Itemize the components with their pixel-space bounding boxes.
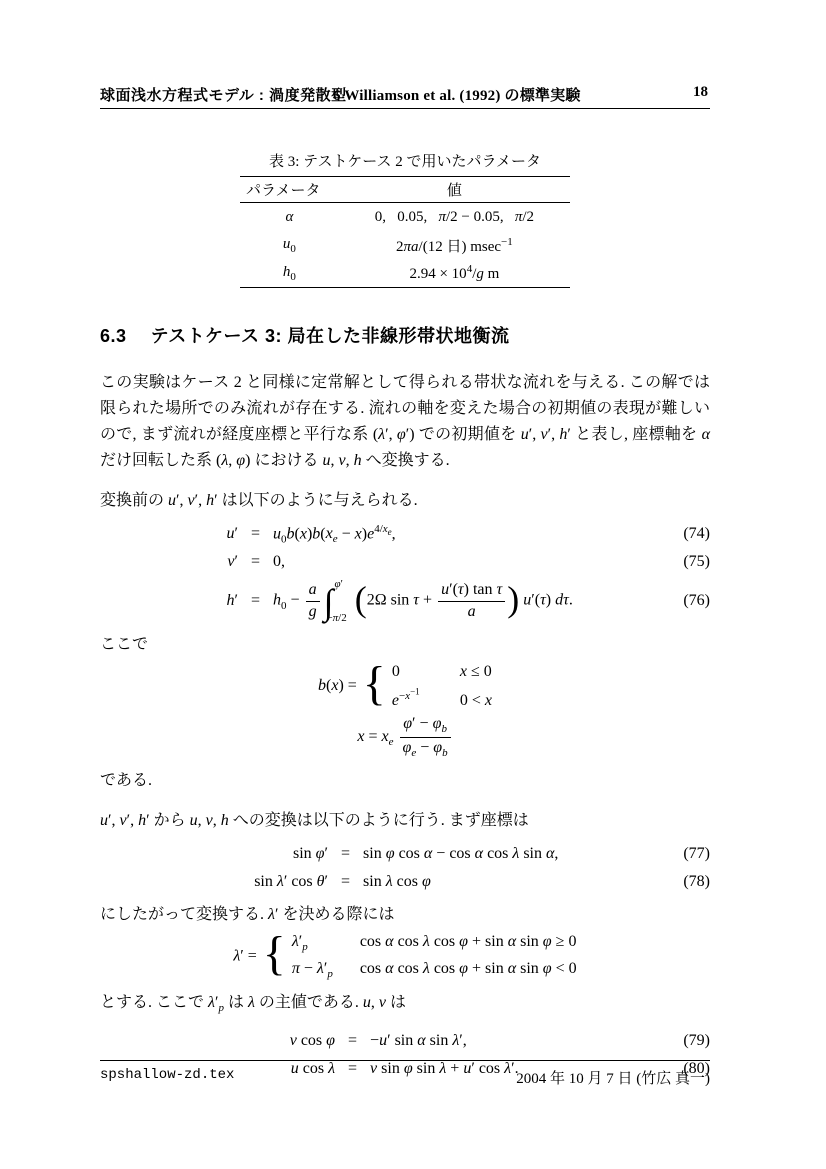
paragraph-kokode: ここで (100, 632, 710, 658)
column-header-value: 値 (339, 177, 570, 203)
eq77-rhs: sin φ cos α − cos α cos λ sin α, (363, 845, 558, 863)
eq77-lhs: sin φ′ (100, 845, 328, 863)
table-header-row: パラメータ 値 (240, 177, 570, 203)
eq78-lhs: sin λ′ cos θ′ (100, 873, 328, 891)
table-3-caption: 表 3: テストケース 2 で用いたパラメータ (240, 150, 570, 171)
page-content: 表 3: テストケース 2 で用いたパラメータ パラメータ 値 α 0, 0.0… (100, 150, 710, 1087)
eq75-equals: = (238, 553, 273, 571)
table-3: 表 3: テストケース 2 で用いたパラメータ パラメータ 値 α 0, 0.0… (240, 150, 570, 288)
page-number: 18 (693, 84, 708, 101)
footer-date-author: 2004 年 10 月 7 日 (竹広 真一) (516, 1067, 710, 1088)
formula-x-definition: x = xe φ′ − φbφe − φb (100, 715, 710, 760)
param-cell: α (240, 203, 339, 232)
running-head-section: 6 Williamson et al. (1992) の標準実験 (333, 84, 581, 105)
equation-78: sin λ′ cos θ′ = sin λ cos φ (78) (100, 870, 710, 894)
table-row-alpha: α 0, 0.05, π/2 − 0.05, π/2 (240, 203, 570, 232)
page-header: 球面浅水方程式モデル : 渦度発散型 6 Williamson et al. (… (100, 84, 710, 109)
section-number: 6.3 (100, 326, 127, 346)
equation-number-76: (76) (683, 592, 710, 610)
eq78-rhs: sin λ cos φ (363, 873, 431, 891)
equation-number-79: (79) (683, 1032, 710, 1050)
eq79-rhs: −u′ sin α sin λ′, (370, 1032, 467, 1050)
equation-group-77-78: sin φ′ = sin φ cos α − cos α cos λ sin α… (100, 842, 710, 894)
equation-number-75: (75) (683, 553, 710, 571)
eq74-rhs: u0b(x)b(xe − x)e4/xe, (273, 523, 396, 546)
eq74-equals: = (238, 525, 273, 543)
paragraph-before-lambda: にしたがって変換する. λ′ を決める際には (100, 902, 710, 928)
eq74-lhs: u′ (100, 525, 238, 543)
equation-77: sin φ′ = sin φ cos α − cos α cos λ sin α… (100, 842, 710, 866)
equation-group-74-76: u′ = u0b(x)b(xe − x)e4/xe, (74) v′ = 0, … (100, 522, 710, 624)
running-head-title: 球面浅水方程式モデル : 渦度発散型 (100, 84, 347, 105)
value-cell: 2πa/(12 日) msec−1 (339, 231, 570, 259)
eq76-lhs: h′ (100, 592, 238, 610)
paragraph-before-eq77: u′, v′, h′ から u, v, h への変換は以下のように行う. まず座… (100, 808, 710, 834)
equation-number-74: (74) (683, 525, 710, 543)
param-cell: u0 (240, 231, 339, 259)
equation-74: u′ = u0b(x)b(xe − x)e4/xe, (74) (100, 522, 710, 546)
table-row-u0: u0 2πa/(12 日) msec−1 (240, 231, 570, 259)
column-header-parameter: パラメータ (240, 177, 339, 203)
eq76-equals: = (238, 592, 273, 610)
table-3-grid: パラメータ 値 α 0, 0.05, π/2 − 0.05, π/2 u0 2π… (240, 176, 570, 288)
param-cell: h0 (240, 259, 339, 288)
equation-number-78: (78) (683, 873, 710, 891)
formula-lambda-cases: λ′ = {λ′pcos α cos λ cos φ + sin α sin φ… (100, 932, 710, 982)
paragraph-intro: この実験はケース 2 と同様に定常解として得られる帯状な流れを与える. この解で… (100, 370, 710, 474)
value-cell: 2.94 × 104/g m (339, 259, 570, 288)
eq78-equals: = (328, 873, 363, 891)
eq79-equals: = (335, 1032, 370, 1050)
equation-79: v cos φ = −u′ sin α sin λ′, (79) (100, 1029, 710, 1053)
section-heading: 6.3テストケース 3: 局在した非線形帯状地衡流 (100, 322, 710, 348)
paragraph-before-eq79: とする. ここで λ′p は λ の主値である. u, v は (100, 990, 710, 1021)
table-row-h0: h0 2.94 × 104/g m (240, 259, 570, 288)
section-title: テストケース 3: 局在した非線形帯状地衡流 (151, 326, 510, 346)
eq77-equals: = (328, 845, 363, 863)
equation-76: h′ = h0 − ag∫φ′−π/2(2Ω sin τ + u′(τ) tan… (100, 578, 710, 624)
equation-number-77: (77) (683, 845, 710, 863)
eq79-lhs: v cos φ (100, 1032, 335, 1050)
document-page: 球面浅水方程式モデル : 渦度発散型 6 Williamson et al. (… (0, 0, 826, 1169)
eq75-lhs: v′ (100, 553, 238, 571)
page-footer: spshallow-zd.tex 2004 年 10 月 7 日 (竹広 真一) (100, 1060, 710, 1088)
formula-b-of-x: b(x) = {0x ≤ 0e−x−10 < x (100, 662, 710, 711)
paragraph-dearu: である. (100, 768, 710, 794)
equation-75: v′ = 0, (75) (100, 550, 710, 574)
paragraph-before-eq74: 変換前の u′, v′, h′ は以下のように与えられる. (100, 488, 710, 514)
eq75-rhs: 0, (273, 553, 285, 571)
value-cell: 0, 0.05, π/2 − 0.05, π/2 (339, 203, 570, 232)
footer-filename: spshallow-zd.tex (100, 1067, 234, 1083)
eq76-rhs: h0 − ag∫φ′−π/2(2Ω sin τ + u′(τ) tan τa) … (273, 578, 573, 624)
